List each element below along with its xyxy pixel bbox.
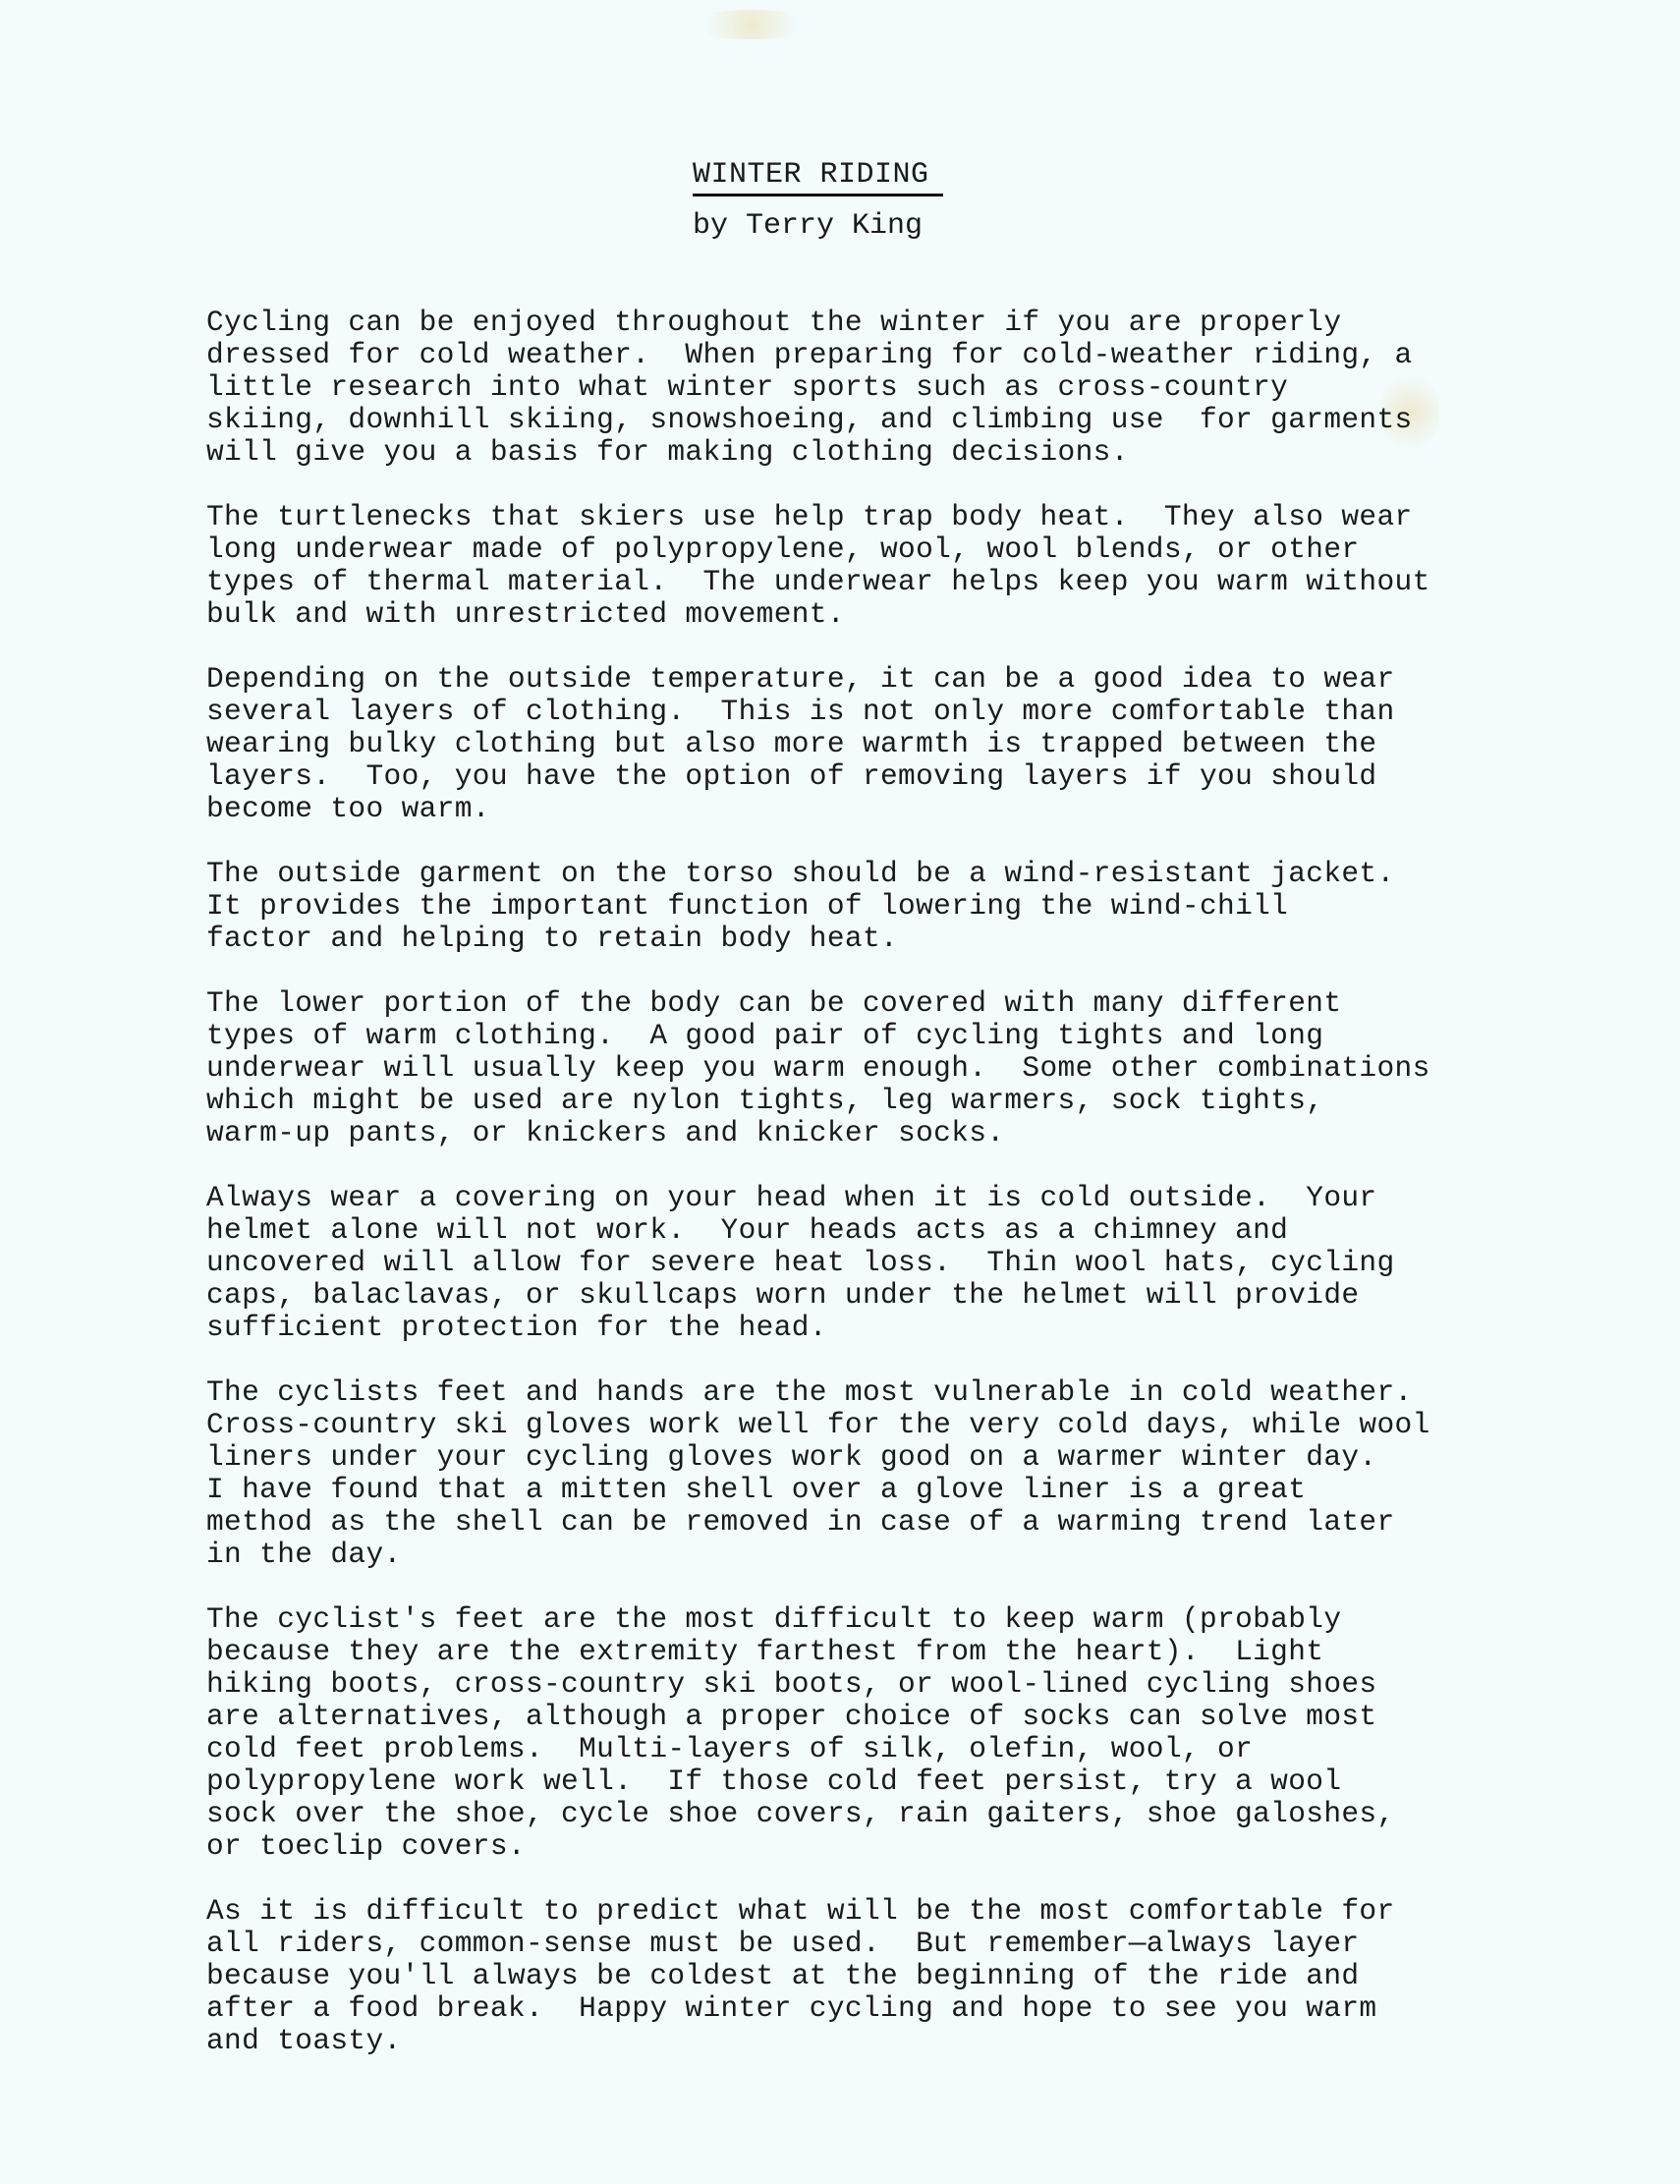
document-page: WINTER RIDING by Terry King Cycling can …: [0, 0, 1680, 2184]
paragraph: As it is difficult to predict what will …: [206, 1895, 1601, 2057]
paragraph: The outside garment on the torso should …: [206, 858, 1601, 955]
paragraph: Cycling can be enjoyed throughout the wi…: [206, 307, 1601, 469]
paragraph: The lower portion of the body can be cov…: [206, 987, 1601, 1149]
paragraph: Depending on the outside temperature, it…: [206, 663, 1601, 825]
document-header: WINTER RIDING by Terry King: [693, 157, 943, 244]
paragraph: The cyclist's feet are the most difficul…: [206, 1603, 1601, 1863]
paragraph: Always wear a covering on your head when…: [206, 1182, 1601, 1344]
paragraph: The turtlenecks that skiers use help tra…: [206, 501, 1601, 631]
paper-stain: [688, 10, 815, 39]
document-title: WINTER RIDING: [693, 157, 943, 196]
document-body: Cycling can be enjoyed throughout the wi…: [206, 307, 1601, 2057]
document-byline: by Terry King: [693, 208, 943, 244]
paragraph: The cyclists feet and hands are the most…: [206, 1376, 1601, 1571]
